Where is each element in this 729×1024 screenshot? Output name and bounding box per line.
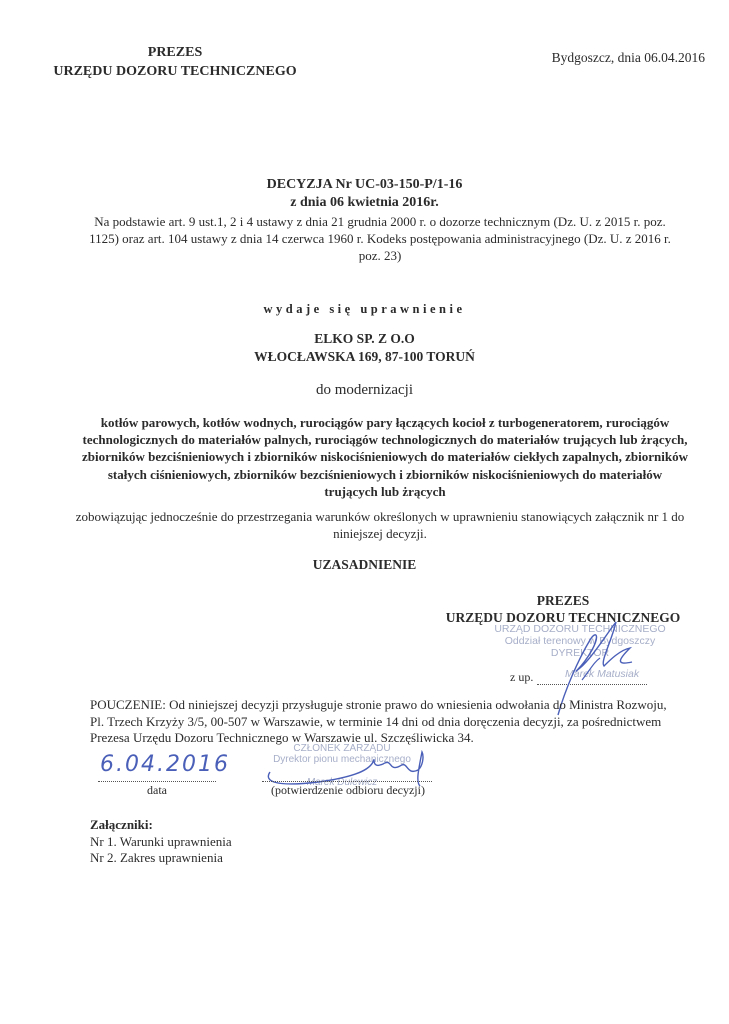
attachments-heading: Załączniki: xyxy=(90,817,232,834)
company-name: ELKO SP. Z O.O xyxy=(0,330,729,348)
appeal-instruction: POUCZENIE: Od niniejszej decyzji przysłu… xyxy=(90,697,670,747)
decision-date: z dnia 06 kwietnia 2016r. xyxy=(0,194,729,212)
scope-of-authorization: kotłów parowych, kotłów wodnych, rurocią… xyxy=(80,414,690,500)
confirmation-dotted-line xyxy=(262,781,432,782)
decision-number: DECYZJA Nr UC-03-150-P/1-16 xyxy=(0,176,729,194)
company-address: WŁOCŁAWSKA 169, 87-100 TORUŃ xyxy=(0,348,729,366)
signature-title: PREZES xyxy=(438,592,688,609)
authority-office: URZĘDU DOZORU TECHNICZNEGO xyxy=(40,62,310,81)
company-block: ELKO SP. Z O.O WŁOCŁAWSKA 169, 87-100 TO… xyxy=(0,330,729,366)
date-label: data xyxy=(98,783,216,798)
place-date: Bydgoszcz, dnia 06.04.2016 xyxy=(552,50,705,66)
grant-heading: wydaje się uprawnienie xyxy=(0,302,729,317)
attachments: Załączniki: Nr 1. Warunki uprawnienia Nr… xyxy=(90,817,232,867)
obligation-text: zobowiązując jednocześnie do przestrzega… xyxy=(60,508,700,542)
purpose: do modernizacji xyxy=(0,382,729,399)
decision-title: DECYZJA Nr UC-03-150-P/1-16 z dnia 06 kw… xyxy=(0,176,729,212)
attachment-item: Nr 1. Warunki uprawnienia xyxy=(90,834,232,851)
issuing-authority: PREZES URZĘDU DOZORU TECHNICZNEGO xyxy=(40,43,310,81)
authority-title: PREZES xyxy=(40,43,310,62)
legal-basis: Na podstawie art. 9 ust.1, 2 i 4 ustawy … xyxy=(80,213,680,264)
date-dotted-line xyxy=(98,781,216,782)
justification-heading: UZASADNIENIE xyxy=(0,557,729,573)
attachment-item: Nr 2. Zakres uprawnienia xyxy=(90,850,232,867)
handwritten-date: 6.04.2016 xyxy=(100,752,230,777)
confirmation-label: (potwierdzenie odbioru decyzji) xyxy=(258,783,438,798)
